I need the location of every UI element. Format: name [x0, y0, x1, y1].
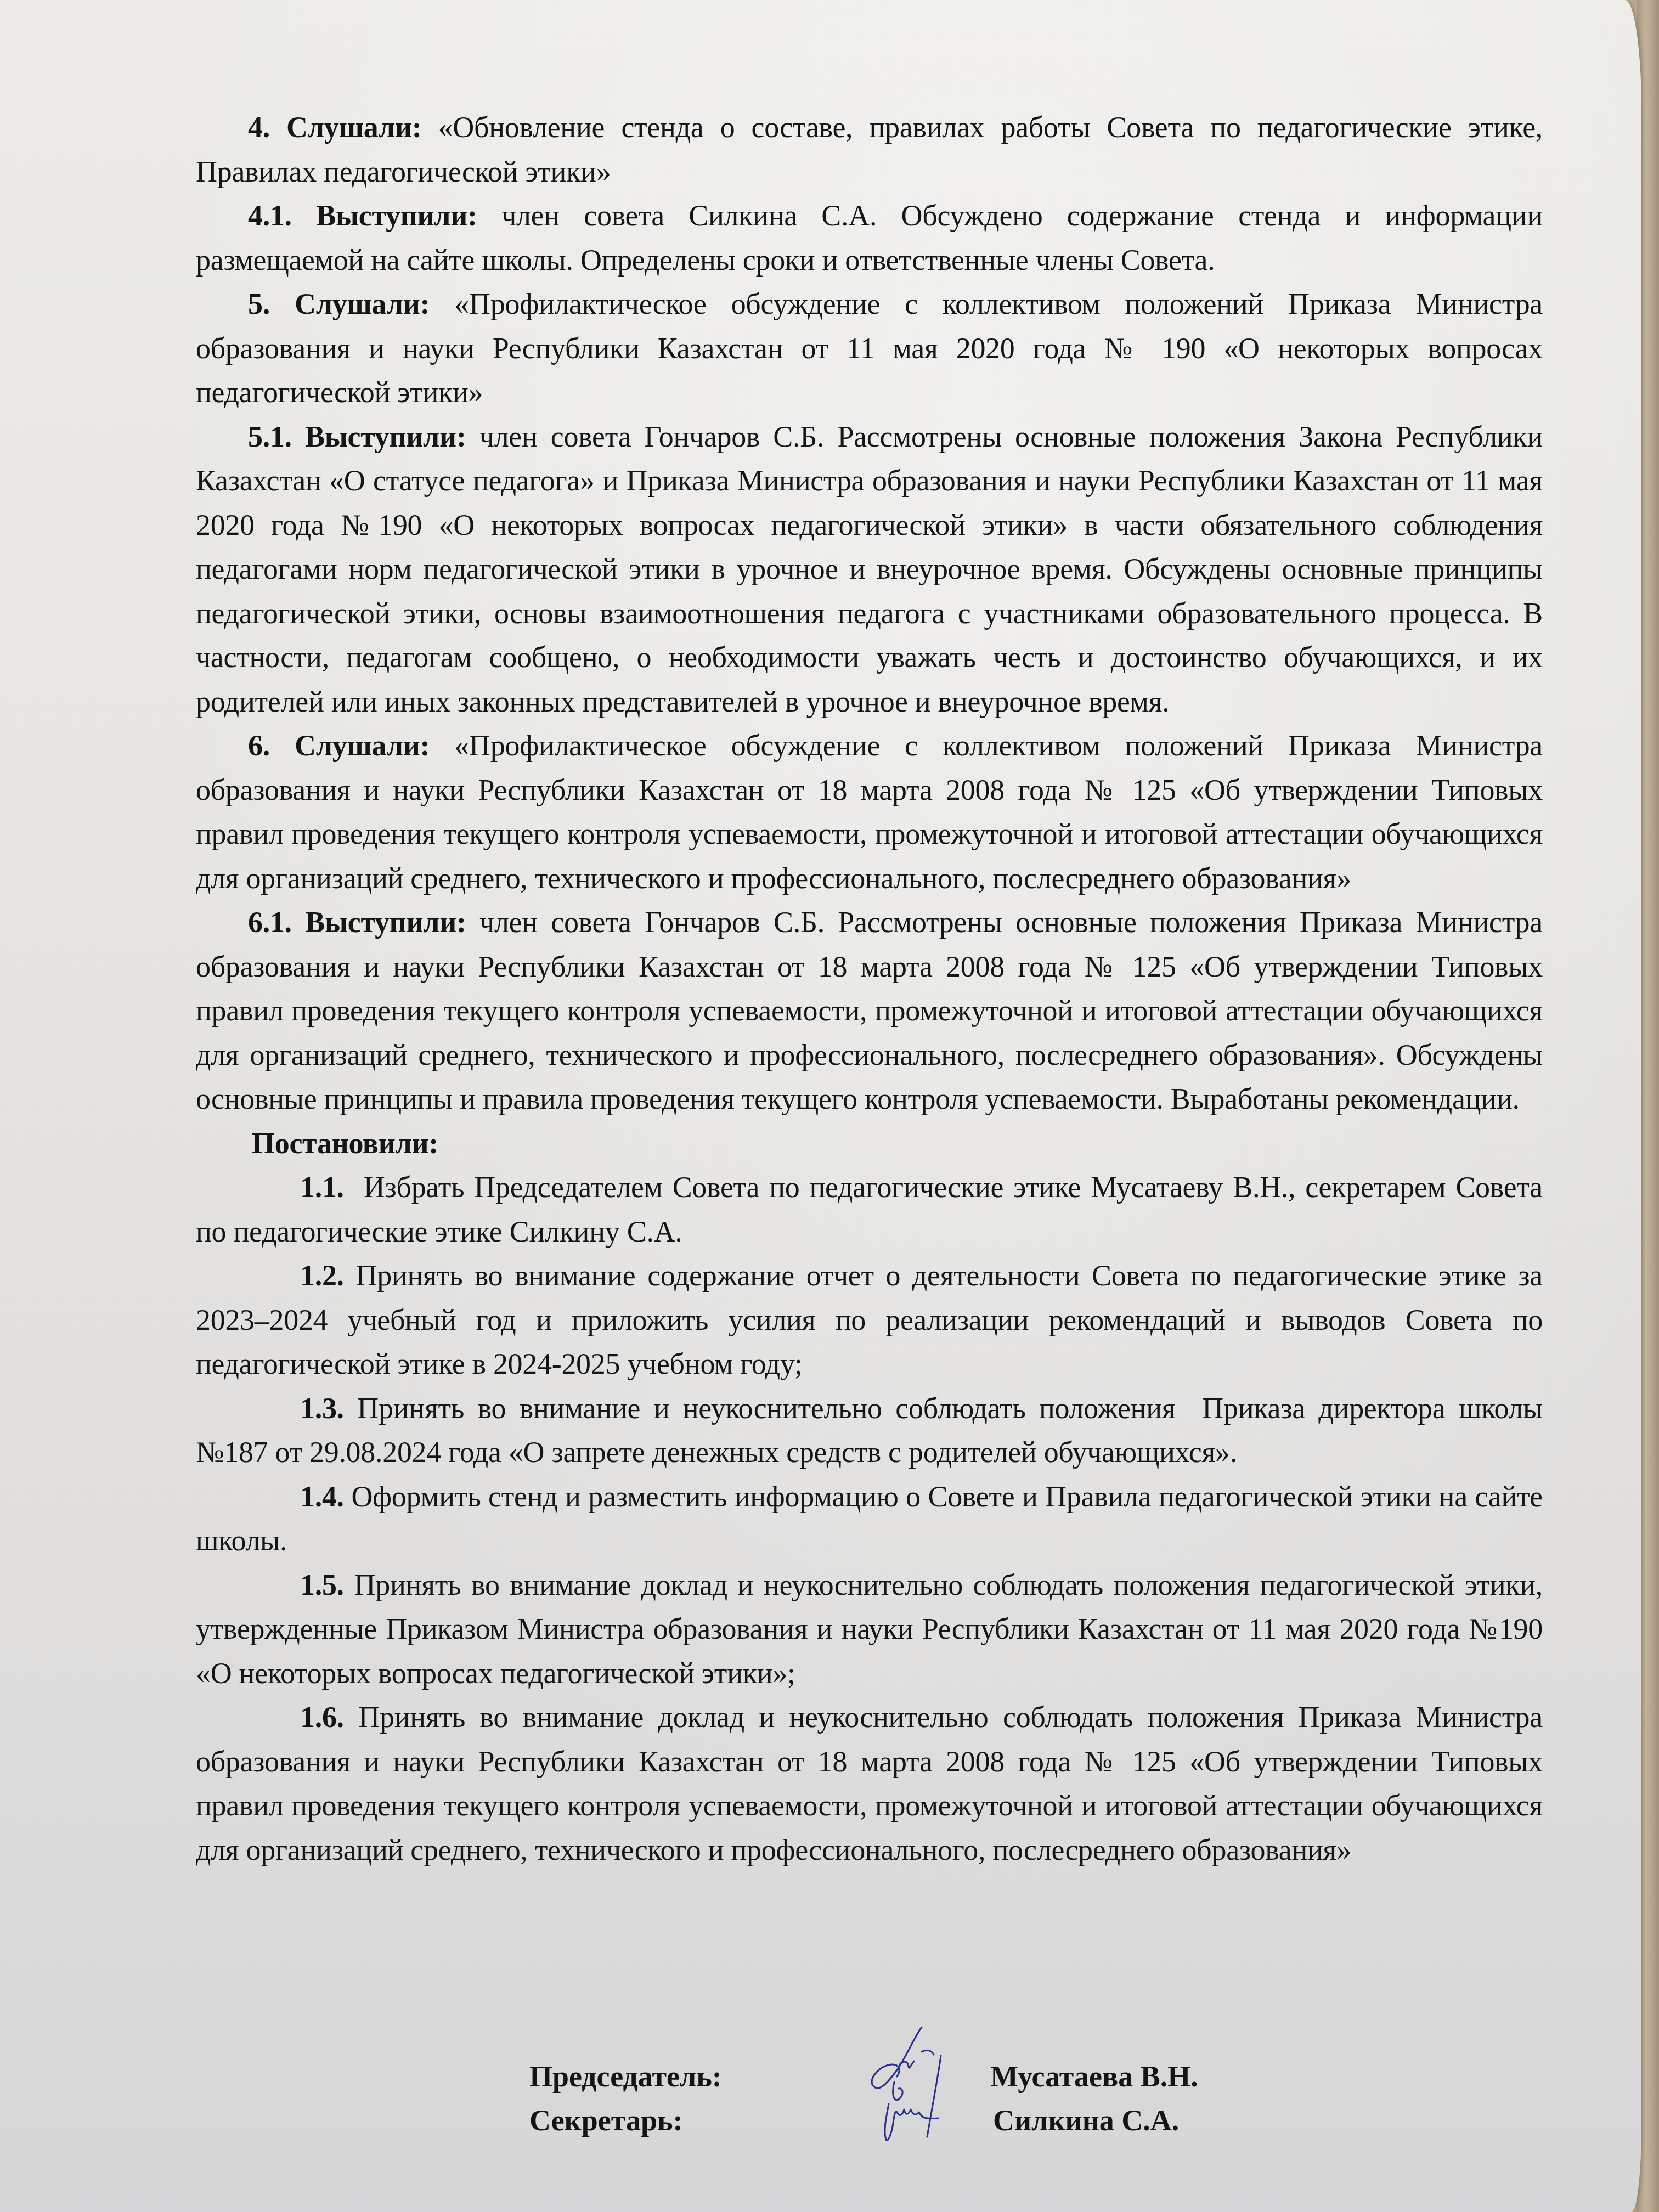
handwritten-signature-icon	[839, 2022, 988, 2148]
agenda-item-4: 4. Слушали: «Обновление стенда о составе…	[196, 105, 1543, 194]
resolution-1-1: 1.1. Избрать Председателем Совета по пед…	[196, 1165, 1543, 1254]
resolution-label: 1.3.	[300, 1392, 344, 1425]
item-label: 5. Слушали:	[248, 287, 430, 320]
document-page: 4. Слушали: «Обновление стенда о составе…	[0, 0, 1641, 2212]
resolution-label: 1.1.	[300, 1171, 344, 1204]
item-text: член совета Гончаров С.Б. Рассмотрены ос…	[196, 420, 1543, 718]
agenda-item-4-1: 4.1. Выступили: член совета Силкина С.А.…	[196, 194, 1543, 282]
agenda-item-6: 6. Слушали: «Профилактическое обсуждение…	[196, 724, 1543, 900]
resolution-1-5: 1.5. Принять во внимание доклад и неукос…	[196, 1563, 1543, 1696]
secretary-name: Силкина С.А.	[993, 2098, 1179, 2142]
resolution-label: 1.6.	[300, 1701, 344, 1734]
document-body: 4. Слушали: «Обновление стенда о составе…	[196, 105, 1543, 1872]
resolution-1-4: 1.4. Оформить стенд и разместить информа…	[196, 1475, 1543, 1563]
item-label: 4.1. Выступили:	[248, 199, 477, 232]
resolution-label: 1.5.	[300, 1568, 344, 1601]
agenda-item-5-1: 5.1. Выступили: член совета Гончаров С.Б…	[196, 415, 1543, 724]
resolution-1-3: 1.3. Принять во внимание и неукоснительн…	[196, 1386, 1543, 1475]
resolution-text: Избрать Председателем Совета по педагоги…	[196, 1171, 1550, 1248]
resolution-1-6: 1.6. Принять во внимание доклад и неукос…	[196, 1695, 1543, 1872]
agenda-item-5: 5. Слушали: «Профилактическое обсуждение…	[196, 282, 1543, 415]
resolution-text: Принять во внимание доклад и неукоснител…	[196, 1701, 1543, 1866]
item-label: 6.1. Выступили:	[248, 906, 466, 939]
chair-role-label: Председатель:	[529, 2055, 722, 2098]
item-label: 6. Слушали:	[248, 729, 430, 762]
secretary-role-label: Секретарь:	[529, 2098, 683, 2142]
resolution-label: 1.2.	[300, 1259, 344, 1292]
chair-name: Мусатаева В.Н.	[990, 2055, 1198, 2098]
resolution-text: Принять во внимание и неукоснительно соб…	[196, 1392, 1550, 1469]
resolution-text: Принять во внимание доклад и неукоснител…	[196, 1568, 1543, 1690]
item-label: 5.1. Выступили:	[248, 420, 466, 453]
resolution-text: Принять во внимание содержание отчет о д…	[196, 1259, 1543, 1380]
item-label: 4. Слушали:	[248, 111, 421, 144]
agenda-item-6-1: 6.1. Выступили: член совета Гончаров С.Б…	[196, 900, 1543, 1121]
resolution-label: 1.4.	[300, 1480, 344, 1513]
resolved-heading: Постановили:	[196, 1121, 1543, 1166]
resolution-1-2: 1.2. Принять во внимание содержание отче…	[196, 1254, 1543, 1386]
resolution-text: Оформить стенд и разместить информацию о…	[196, 1480, 1543, 1558]
